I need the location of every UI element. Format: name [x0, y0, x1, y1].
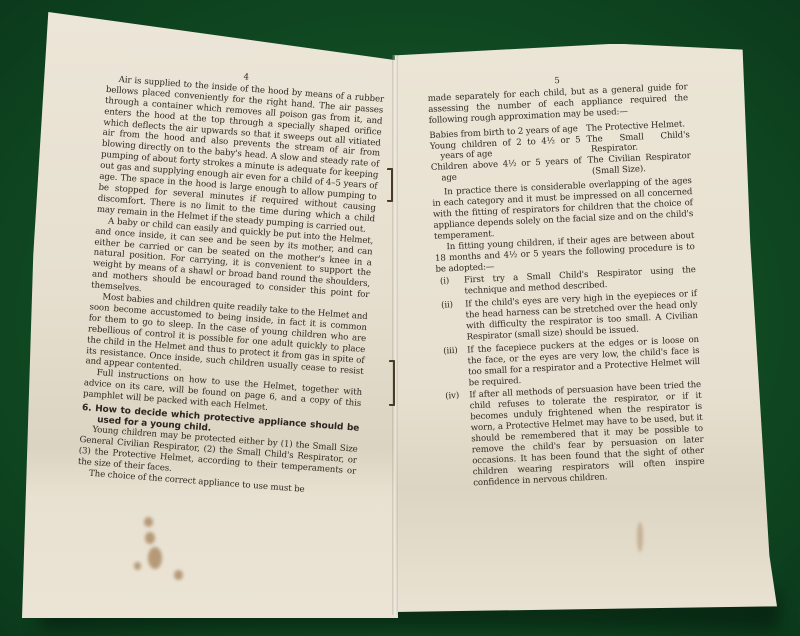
- paragraph: Air is supplied to the inside of the hoo…: [96, 74, 384, 236]
- stain: [148, 547, 162, 569]
- left-page: 4 Air is supplied to the inside of the h…: [22, 12, 398, 618]
- staple-top: [387, 168, 393, 202]
- stain: [145, 532, 155, 544]
- center-fold: [392, 55, 398, 615]
- age-appliance-table: Babies from birth to 2 years of age The …: [429, 119, 691, 185]
- stain: [144, 517, 153, 527]
- right-page: 5 made separately for each child, but as…: [395, 44, 777, 612]
- list-item: (iv)If after all methods of persuasion h…: [441, 380, 705, 490]
- staple-bottom: [389, 360, 395, 406]
- stain: [637, 522, 643, 552]
- right-page-text: 5 made separately for each child, but as…: [427, 70, 705, 490]
- left-page-text: 4 Air is supplied to the inside of the h…: [77, 62, 386, 499]
- table-cell-appliance: The Civilian Respirator (Small Size).: [581, 151, 691, 178]
- stain: [174, 570, 183, 580]
- stain: [134, 562, 141, 570]
- procedure-list: (i)First try a Small Child's Respirator …: [436, 265, 705, 490]
